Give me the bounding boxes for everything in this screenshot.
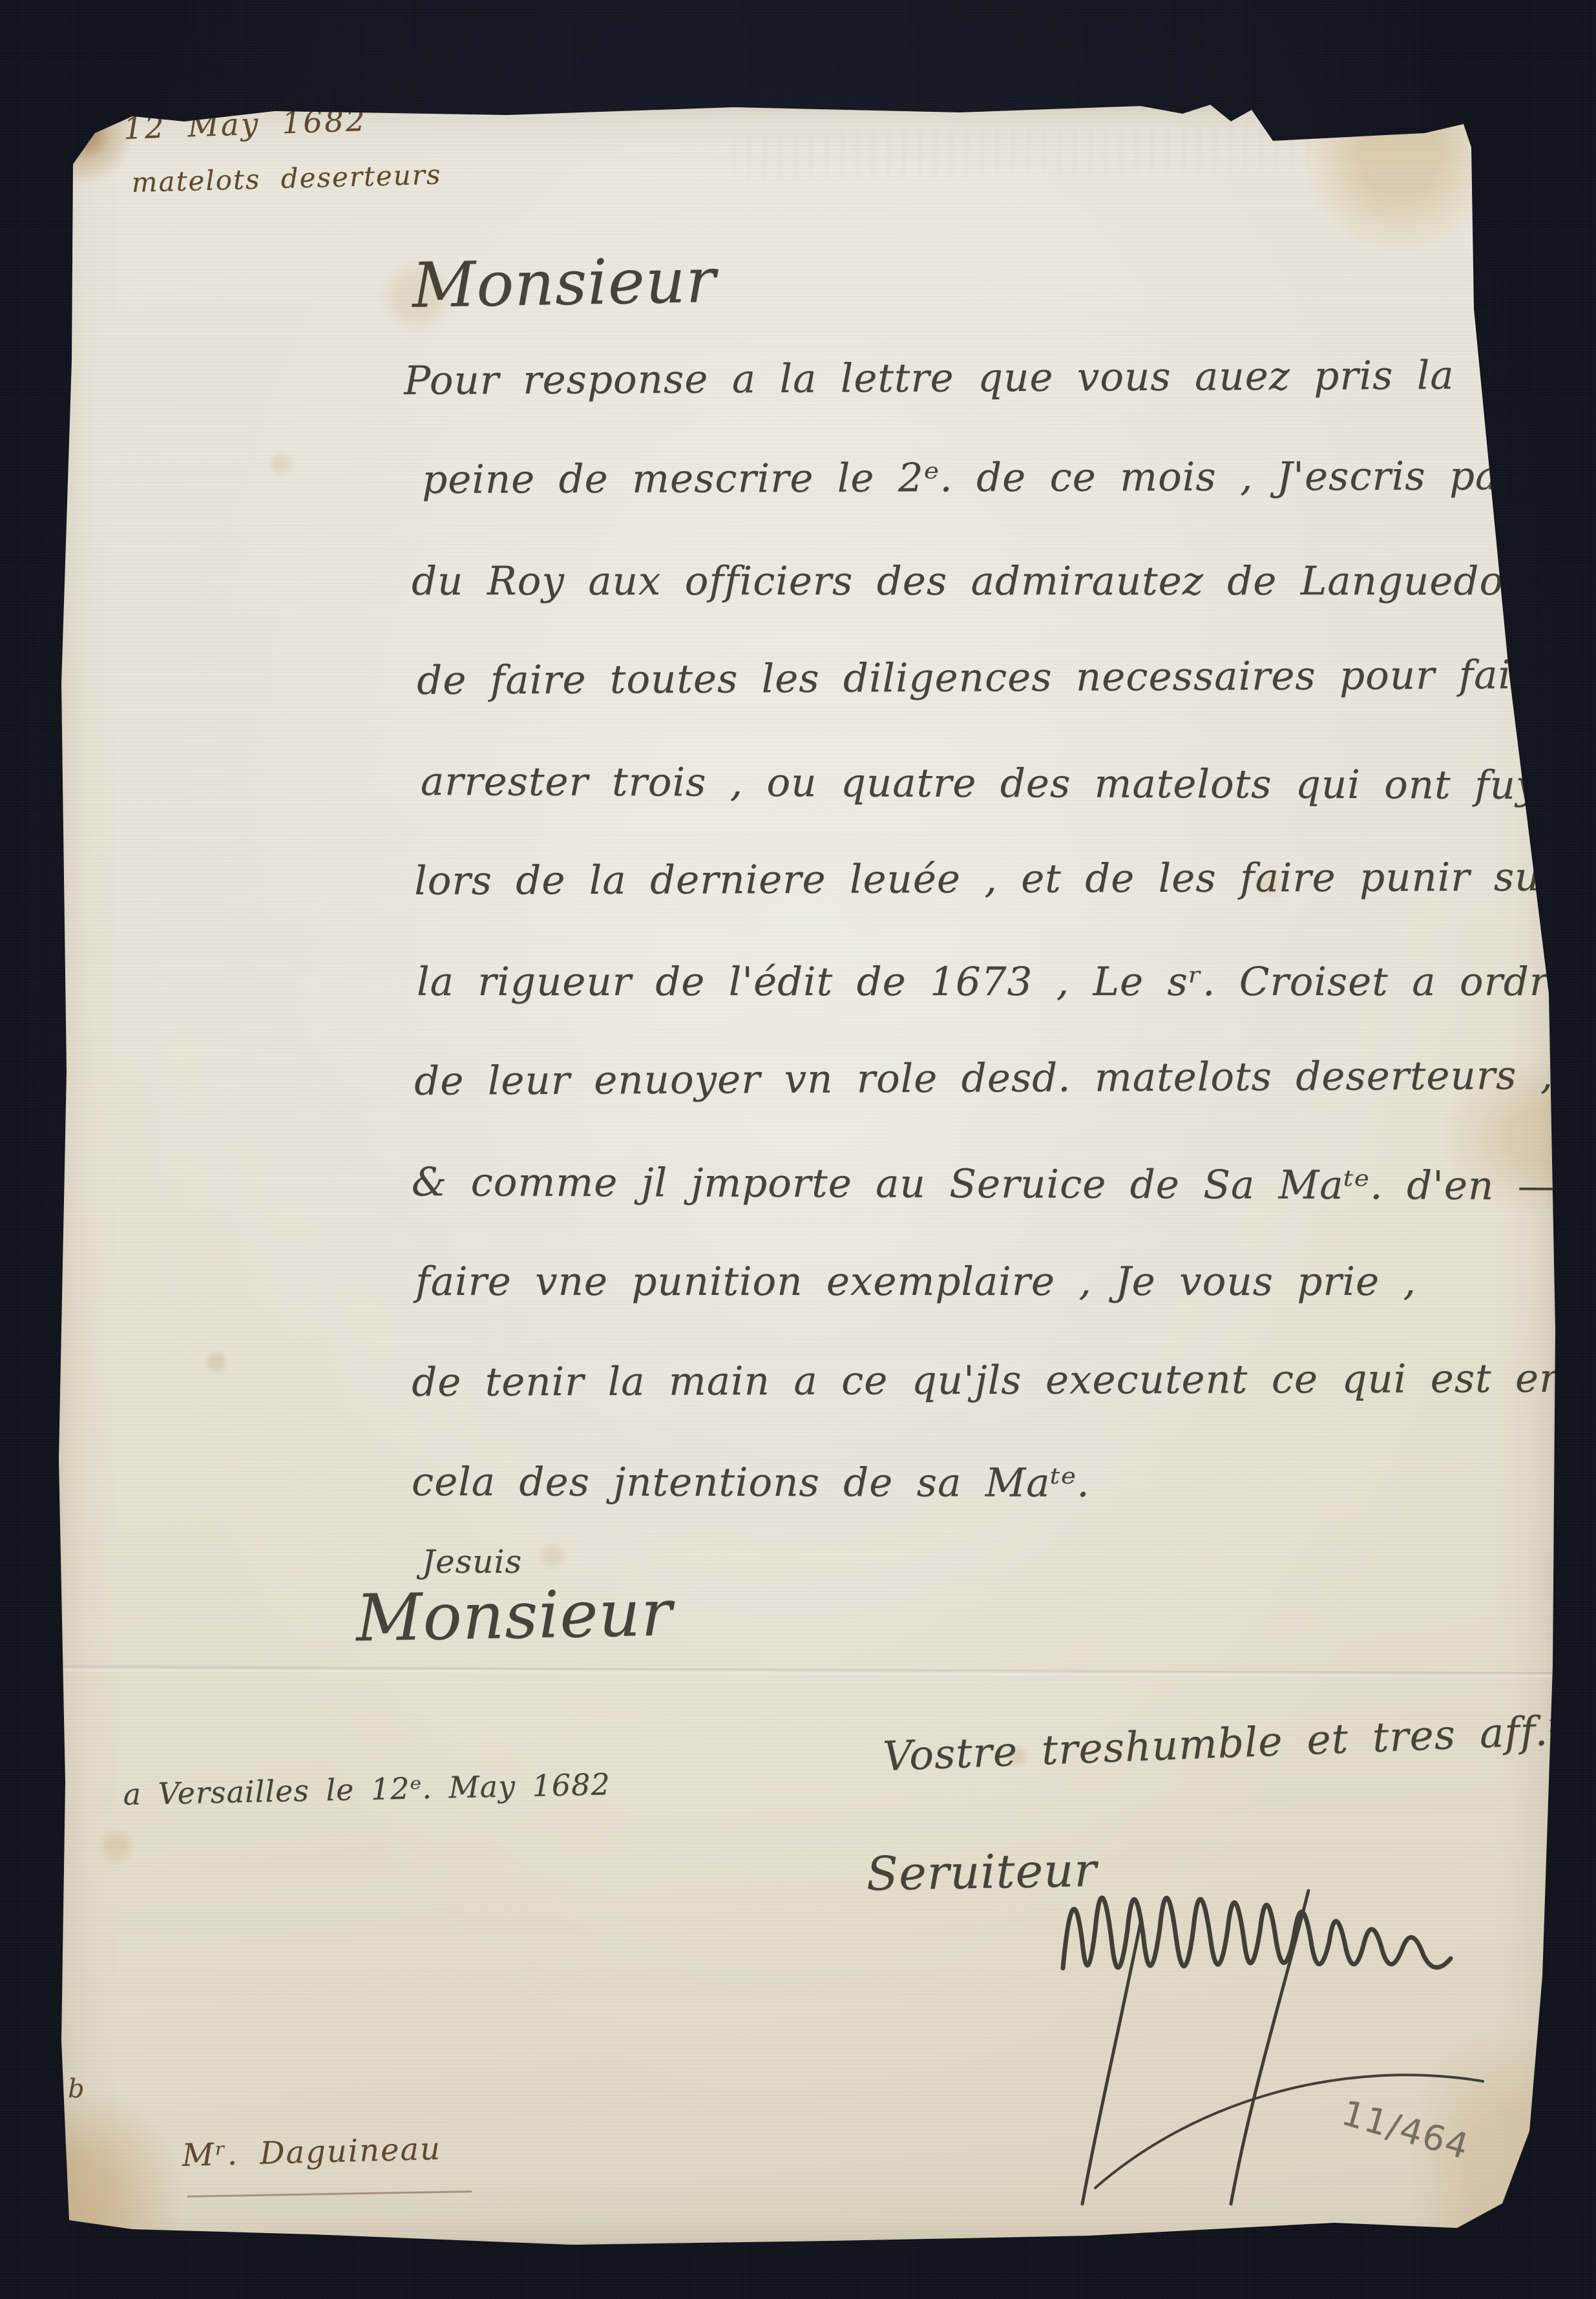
second-salutation: Monsieur (355, 1575, 673, 1656)
ink-showthrough (733, 124, 1315, 181)
body-line: de leur enuoyer vn role desd. matelots d… (414, 1052, 1593, 1104)
signature-flourish (1037, 1826, 1541, 2240)
closing-word: Jesuis (422, 1543, 522, 1580)
archival-note-subject: matelots deserteurs (131, 158, 442, 198)
body-line: lors de la derniere leuée , et de les fa… (414, 854, 1596, 904)
annotation-underline (187, 2190, 472, 2198)
corner-mark: b (68, 2074, 85, 2104)
body-line: arrester trois , ou quatre des matelots … (421, 759, 1596, 808)
body-line: du Roy aux officiers des admirautez de L… (412, 558, 1526, 604)
body-line: de faire toutes les diligences necessair… (417, 652, 1555, 704)
body-line: peine de mescrire le 2ᵉ. de ce mois , J'… (422, 452, 1596, 503)
recipient-annotation: Mʳ. Daguineau (182, 2130, 442, 2173)
body-line: & comme jl jmporte au Seruice de Sa Maᵗᵉ… (412, 1159, 1558, 1209)
body-line: Pour response a la lettre que vous auez … (404, 352, 1454, 404)
body-line: de tenir la main a ce qu'jls executent c… (412, 1355, 1596, 1405)
archival-note-date: 12 May 1682 (123, 103, 368, 147)
salutation: Monsieur (412, 244, 717, 322)
valediction-line-1: Vostre treshumble et tres aff.ⁿᵉ (882, 1706, 1582, 1779)
body-line: la rigueur de l'édit de 1673 , Le sʳ. Cr… (417, 959, 1573, 1005)
body-line: faire vne punition exemplaire , Je vous … (415, 1259, 1416, 1305)
photograph-of-letter: { "letter": { "archival_note_date": "12 … (0, 0, 1596, 2299)
body-line: cela des jntentions de sa Maᵗᵉ. (412, 1459, 1090, 1506)
fold-crease (55, 1666, 1557, 1679)
dateline: a Versailles le 12ᵉ. May 1682 (123, 1767, 611, 1812)
letter-page: 12 May 1682 matelots deserteurs Monsieur… (55, 102, 1557, 2247)
